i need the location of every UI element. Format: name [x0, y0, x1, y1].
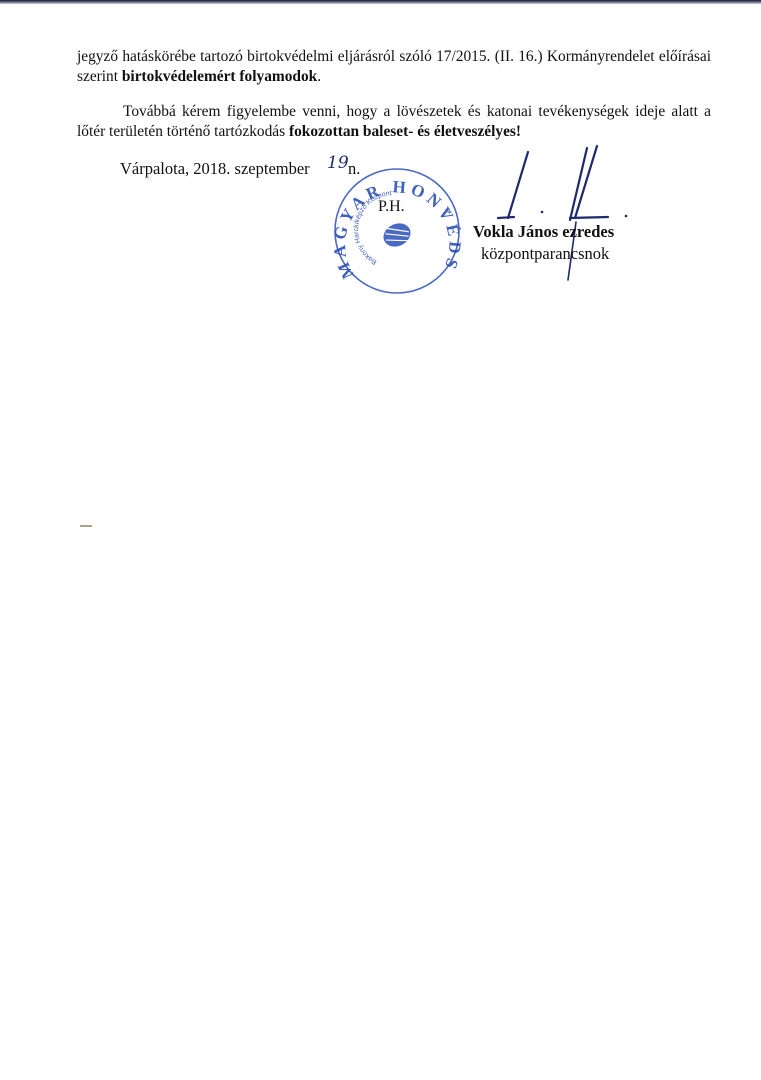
text-segment: .	[317, 68, 321, 85]
text-segment: lőtér területén történő tartózkodás	[77, 123, 289, 140]
text-segment: szerint	[77, 68, 122, 85]
place-date: Várpalota, 2018. szeptember	[120, 159, 310, 179]
official-stamp-icon: MAGYAR HONVÉDSÉG Bakony Harckiképző Közp…	[333, 165, 461, 297]
paragraph-line: jegyző hatáskörébe tartozó birtokvédelmi…	[77, 47, 711, 67]
paragraph-safety-warning: Továbbá kérem figyelembe venni, hogy a l…	[77, 102, 711, 142]
signer-title: központparancsnok	[481, 244, 609, 264]
ph-label: P.H.	[378, 198, 405, 216]
svg-text:MAGYAR HONVÉDSÉG: MAGYAR HONVÉDSÉG	[333, 165, 461, 282]
paragraph-line: szerint birtokvédelemért folyamodok.	[77, 67, 711, 87]
bold-text: fokozottan baleset- és életveszélyes!	[289, 123, 521, 140]
svg-text:*: *	[447, 209, 452, 220]
handwritten-signature-icon	[470, 140, 660, 290]
bold-text: birtokvédelemért folyamodok	[122, 68, 317, 85]
paragraph-line: lőtér területén történő tartózkodás foko…	[77, 122, 711, 142]
scan-top-edge	[0, 0, 761, 4]
signer-name: Vokla János ezredes	[473, 222, 614, 242]
paragraph-legal-reference: jegyző hatáskörébe tartozó birtokvédelmi…	[77, 47, 711, 87]
scan-speck	[80, 525, 92, 527]
paragraph-line: Továbbá kérem figyelembe venni, hogy a l…	[77, 102, 711, 122]
